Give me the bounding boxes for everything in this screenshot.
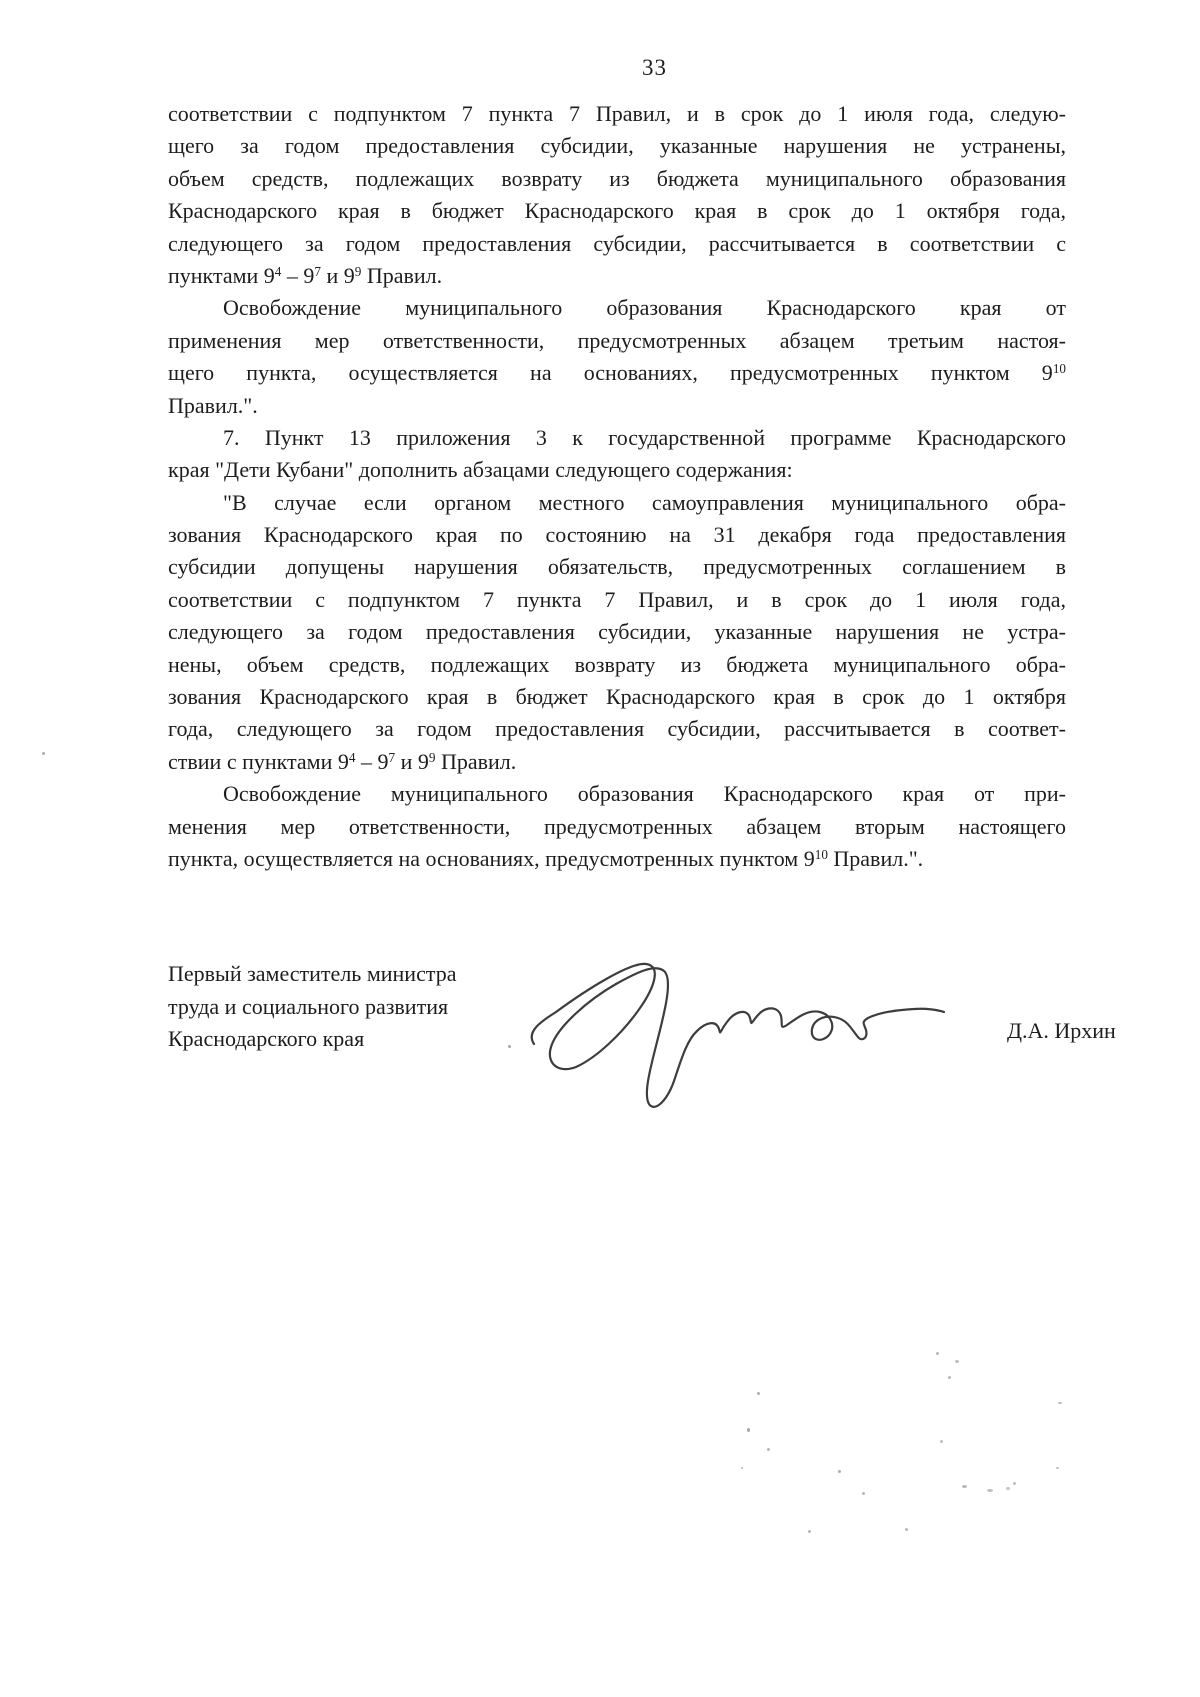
paragraph: соответствии с подпунктом 7 пункта 7 Пра… (168, 98, 1066, 292)
scanner-speck (757, 1392, 760, 1395)
superscript: 9 (429, 750, 436, 765)
text-line: следующего за годом предоставления субси… (168, 616, 1066, 648)
scanner-speck (962, 1485, 967, 1488)
text-line: объем средств, подлежащих возврату из бю… (168, 163, 1066, 195)
scanner-speck (808, 1530, 811, 1533)
text-line: Освобождение муниципального образования … (168, 778, 1066, 810)
superscript: 4 (349, 750, 356, 765)
scanner-speck (948, 1376, 951, 1379)
paragraph: Освобождение муниципального образования … (168, 292, 1066, 422)
text-line: "В случае если органом местного самоупра… (168, 487, 1066, 519)
scanner-speck (987, 1489, 993, 1492)
superscript: 4 (275, 264, 282, 279)
text-line: года, следующего за годом предоставления… (168, 713, 1066, 745)
scanner-speck (940, 1440, 943, 1443)
scanner-speck (1006, 1487, 1010, 1490)
scanner-speck (508, 1045, 511, 1048)
document-body: соответствии с подпунктом 7 пункта 7 Пра… (168, 98, 1066, 875)
handwritten-signature (500, 930, 970, 1130)
superscript: 10 (1053, 361, 1066, 376)
text-line: Правил.". (168, 390, 1066, 422)
signatory-title-line: Краснодарского края (168, 1023, 456, 1056)
signatory-name: Д.А. Ирхин (1007, 1018, 1116, 1044)
superscript: 7 (314, 264, 321, 279)
scanner-speck (42, 752, 45, 755)
text-line: менения мер ответственности, предусмотре… (168, 811, 1066, 843)
scanner-speck (1056, 1467, 1059, 1469)
text-line: 7. Пункт 13 приложения 3 к государственн… (168, 422, 1066, 454)
text-line: применения мер ответственности, предусмо… (168, 325, 1066, 357)
scanner-speck (747, 1428, 750, 1432)
signatory-title-line: труда и социального развития (168, 991, 456, 1024)
paragraph: "В случае если органом местного самоупра… (168, 487, 1066, 779)
superscript: 10 (815, 847, 828, 862)
superscript: 9 (355, 264, 362, 279)
text-line: пунктами 94 – 97 и 99 Правил. (168, 260, 1066, 292)
scanner-speck (955, 1360, 959, 1363)
text-line: субсидии допущены нарушения обязательств… (168, 551, 1066, 583)
text-line: соответствии с подпунктом 7 пункта 7 Пра… (168, 98, 1066, 130)
scanner-speck (936, 1352, 939, 1355)
paragraph: 7. Пункт 13 приложения 3 к государственн… (168, 422, 1066, 487)
text-line: щего за годом предоставления субсидии, у… (168, 130, 1066, 162)
scanner-speck (905, 1528, 908, 1531)
scanner-speck (862, 1492, 865, 1495)
superscript: 7 (388, 750, 395, 765)
scanner-speck (1058, 1402, 1062, 1404)
paragraph: Освобождение муниципального образования … (168, 778, 1066, 875)
text-line: зования Краснодарского края по состоянию… (168, 519, 1066, 551)
text-line: края "Дети Кубани" дополнить абзацами сл… (168, 454, 1066, 486)
text-line: нены, объем средств, подлежащих возврату… (168, 649, 1066, 681)
text-line: ствии с пунктами 94 – 97 и 99 Правил. (168, 746, 1066, 778)
text-line: зования Краснодарского края в бюджет Кра… (168, 681, 1066, 713)
signatory-title-line: Первый заместитель министра (168, 958, 456, 991)
scanner-speck (1013, 1482, 1016, 1485)
scanner-speck (741, 1467, 743, 1469)
signatory-title: Первый заместитель министра труда и соци… (168, 958, 456, 1056)
text-line: соответствии с подпунктом 7 пункта 7 Пра… (168, 584, 1066, 616)
page-number: 33 (642, 55, 667, 81)
text-line: пункта, осуществляется на основаниях, пр… (168, 843, 1066, 875)
text-line: следующего за годом предоставления субси… (168, 228, 1066, 260)
text-line: Освобождение муниципального образования … (168, 292, 1066, 324)
scanner-speck (838, 1470, 841, 1473)
scanner-speck (767, 1448, 770, 1451)
text-line: Краснодарского края в бюджет Краснодарск… (168, 195, 1066, 227)
text-line: щего пункта, осуществляется на основания… (168, 357, 1066, 389)
